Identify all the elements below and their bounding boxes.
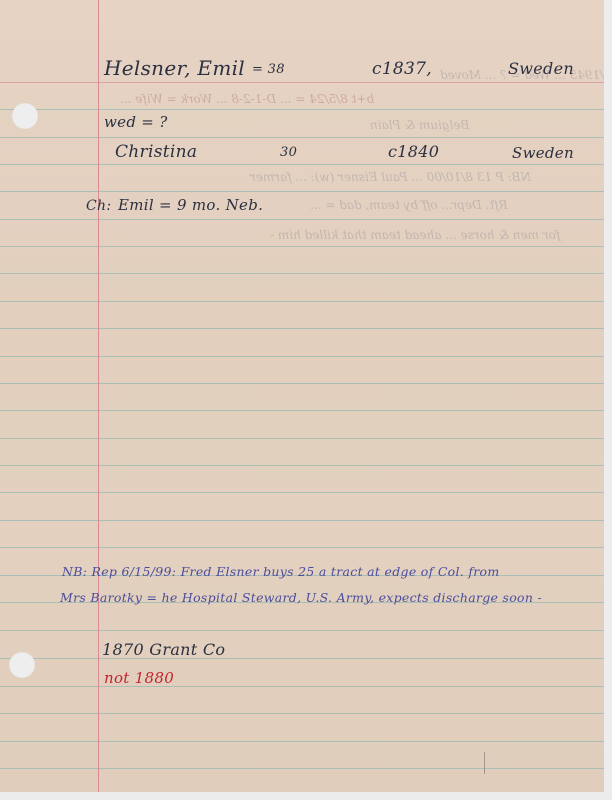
ruled-line (0, 137, 604, 138)
bleed-through-text: NB: P 13 8/10/00 ... Paul Eisner (w): ..… (250, 170, 531, 184)
ruled-line (0, 520, 604, 521)
head-name: Helsner, Emil (104, 56, 245, 80)
ruled-line (0, 383, 604, 384)
ruled-line (0, 219, 604, 220)
head-age: = 38 (252, 62, 285, 77)
bleed-through-text: b+t 8/5/24 = ... D-1-2-8 ... Work = Wife… (120, 92, 374, 106)
ruled-line (0, 246, 604, 247)
notebook-page: 7/1/1945 ... Wed = ? ... Moved b+t 8/5/2… (0, 0, 604, 792)
ruled-line (0, 658, 604, 659)
ruled-line (0, 328, 604, 329)
spouse-name: Christina (115, 142, 197, 162)
bleed-through-text: Rft. Depr... off by team, dad = ... (310, 198, 508, 212)
ruled-line (0, 356, 604, 357)
spouse-age: 30 (280, 145, 297, 160)
ruled-line (0, 686, 604, 687)
header-rule (0, 82, 604, 83)
ruled-line (0, 768, 604, 769)
scan-edge (0, 792, 612, 800)
bleed-through-text: for men & horse ... ahead team that kill… (270, 228, 560, 242)
pencil-mark (484, 752, 485, 774)
ruled-line (0, 410, 604, 411)
spouse-birthplace: Sweden (512, 144, 574, 162)
ruled-line (0, 741, 604, 742)
ruled-line (0, 465, 604, 466)
head-birth-year: c1837, (372, 59, 432, 79)
ruled-line (0, 492, 604, 493)
margin-line (98, 0, 99, 792)
ruled-line (0, 301, 604, 302)
ruled-line (0, 164, 604, 165)
note-line-2: Mrs Barotky = he Hospital Steward, U.S. … (60, 590, 542, 605)
note-line-1: NB: Rep 6/15/99: Fred Elsner buys 25 a t… (62, 564, 500, 579)
ruled-line (0, 273, 604, 274)
ruled-line (0, 713, 604, 714)
ruled-line (0, 630, 604, 631)
not-found-note: not 1880 (104, 669, 174, 687)
ruled-line (0, 109, 604, 110)
child-label: Ch: (86, 198, 111, 214)
ruled-line (0, 438, 604, 439)
head-birthplace: Sweden (508, 59, 574, 78)
scan-edge (604, 0, 612, 800)
marriage-note: wed = ? (104, 113, 168, 131)
ruled-line (0, 191, 604, 192)
hole-punch (9, 652, 35, 678)
ruled-line (0, 547, 604, 548)
census-location: 1870 Grant Co (102, 640, 225, 659)
spouse-birth-year: c1840 (388, 142, 439, 161)
bleed-through-text: Belgium & Plain (370, 118, 469, 132)
child-entry: Emil = 9 mo. Neb. (118, 196, 263, 214)
hole-punch (12, 103, 38, 129)
